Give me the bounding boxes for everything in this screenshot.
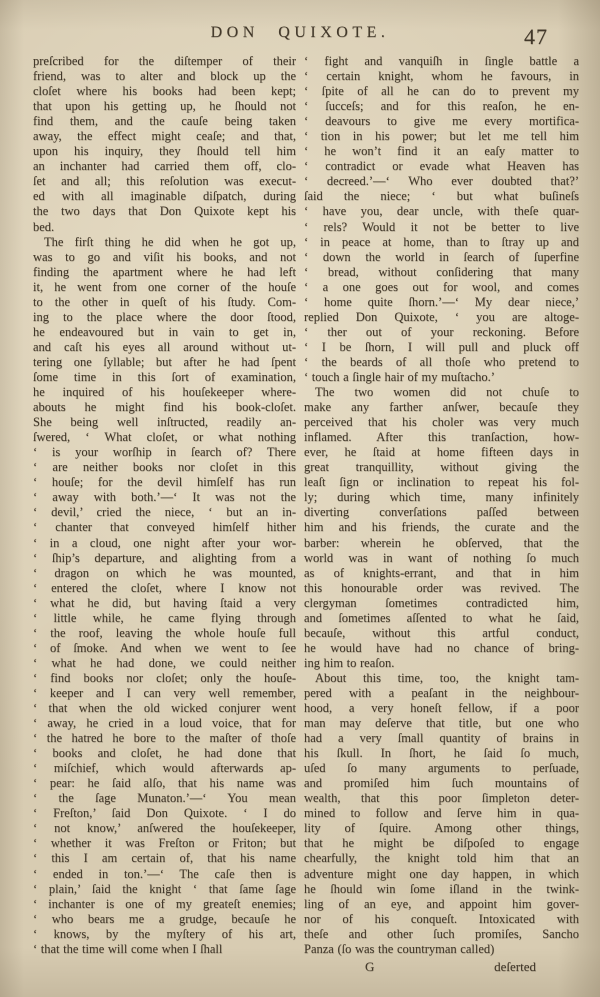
text-line: ‘ certain knight, whom he favours, in	[304, 69, 579, 84]
text-line: ‘ that the time will come when I ſhall	[33, 942, 296, 957]
text-line: ‘ plain,’ ſaid the knight ‘ that ſame ſa…	[33, 882, 296, 897]
text-line: ‘ touch a ſingle hair of my muſtacho.’	[304, 370, 579, 385]
text-line: chearfully, the knight told him that an	[304, 851, 579, 866]
text-line: ‘ houſe; for the devil himſelf has run	[33, 475, 296, 490]
text-line: adventure might one day happen, in which	[304, 867, 579, 882]
text-line: ‘ a one goes out for wool, and comes	[304, 280, 579, 295]
text-line: ‘ I be ſhorn, I will pull and pluck off	[304, 340, 579, 355]
text-line: ‘ ſhip’s departure, and alighting from a	[33, 551, 296, 566]
text-line: ‘ books and cloſet, he had done that	[33, 746, 296, 761]
text-line: and ſometimes aſſented to what he ſaid,	[304, 611, 579, 626]
text-line: ing him to reaſon.	[304, 656, 579, 671]
text-line: and caſt his eyes all around without ut-	[33, 340, 296, 355]
signature-mark: G	[365, 959, 374, 975]
text-line: ‘ the ſage Munaton.’—‘ You mean	[33, 791, 296, 806]
text-line: ‘ keeper and I can very well remember,	[33, 686, 296, 701]
paragraph: About this time, too, the knight tam-per…	[304, 671, 579, 957]
text-line: ever, he ſtaid at home fifteen days in	[304, 445, 579, 460]
text-line: find them, and the cauſe being taken	[33, 114, 296, 129]
text-line: ly; during which time, many infinitely	[304, 490, 579, 505]
text-line: this honourable order was revived. The	[304, 581, 579, 596]
text-line: preſcribed for the diſtemper of their	[33, 54, 296, 69]
text-line: his ſkull. In ſhort, he ſaid ſo much,	[304, 746, 579, 761]
text-line: inflamed. After this tranſaction, how-	[304, 430, 579, 445]
text-line: ‘ have you, dear uncle, with theſe quar-	[304, 204, 579, 219]
text-line: ſaid the niece; ‘ but what buſineſs	[304, 189, 579, 204]
text-line: he inquired of his houſekeeper where-	[33, 385, 296, 400]
text-line: ‘ down the world in ſearch of ſuperfine	[304, 250, 579, 265]
text-line: ed with all imaginable diſpatch, during	[33, 189, 296, 204]
text-line: ‘ pear: he ſaid alſo, that his name was	[33, 776, 296, 791]
text-line: ‘ what he did, but having ſtaid a very	[33, 596, 296, 611]
text-line: he endeavoured but in vain to get in,	[33, 325, 296, 340]
text-columns: preſcribed for the diſtemper of theirfri…	[33, 54, 579, 957]
text-line: lity of ſquire. Among other things,	[304, 821, 579, 836]
catchword: deſerted	[494, 959, 536, 975]
text-line: ‘ of ſmoke. And when we went to ſee	[33, 641, 296, 656]
text-line: ‘ ſucceſs; and for this reaſon, he en-	[304, 99, 579, 114]
text-line: ‘ away, he cried in a loud voice, that f…	[33, 716, 296, 731]
text-line: ‘ miſchief, which would afterwards ap-	[33, 761, 296, 776]
text-line: world was in want of nothing ſo much	[304, 551, 579, 566]
text-line: ‘ he won’t find it an eaſy matter to	[304, 144, 579, 159]
text-line: clergyman ſometimes contradicted him,	[304, 596, 579, 611]
text-line: ‘ in a cloud, one night after your wor-	[33, 536, 296, 551]
text-line: ‘ what he had done, we could neither	[33, 656, 296, 671]
text-line: pered with a peaſant in the neighbour-	[304, 686, 579, 701]
text-line: mined to follow and ſerve him in qua-	[304, 806, 579, 821]
text-line: ‘ tion in his power; but let me tell him	[304, 129, 579, 144]
text-line: ‘ little while, he came flying through	[33, 611, 296, 626]
text-line: an inchanter had carried them off, clo-	[33, 159, 296, 174]
text-line: ‘ ſpite of all he can do to prevent my	[304, 84, 579, 99]
text-line: diverting converſations paſſed between	[304, 505, 579, 520]
text-line: away, the effect might ceaſe; and that,	[33, 129, 296, 144]
text-line: that he might be diſpoſed to engage	[304, 836, 579, 851]
text-line: wealth, that this poor ſimpleton deter-	[304, 791, 579, 806]
text-line: About this time, too, the knight tam-	[304, 671, 579, 686]
text-line: ling of an eye, and appoint him gover-	[304, 897, 579, 912]
paragraph: The firſt thing he did when he got up,wa…	[33, 235, 296, 957]
text-line: ‘ Freſton,’ ſaid Don Quixote. ‘ I do	[33, 806, 296, 821]
text-line: cloſet where his books had been kept;	[33, 84, 296, 99]
text-line: nor of his conqueſt. Intoxicated with	[304, 912, 579, 927]
text-line: ‘ fight and vanquiſh in ſingle battle a	[304, 54, 579, 69]
page-number: 47	[524, 24, 548, 50]
text-line: he ſhould win ſome iſland in the twink-	[304, 882, 579, 897]
text-line: ‘ the roof, leaving the whole houſe full	[33, 626, 296, 641]
text-line: theſe and other ſuch promiſes, Sancho	[304, 927, 579, 942]
text-line: had a very ſmall quantity of brains in	[304, 731, 579, 746]
text-line: ‘ contradict or evade what Heaven has	[304, 159, 579, 174]
text-line: ‘ entered the cloſet, where I know not	[33, 581, 296, 596]
left-column: preſcribed for the diſtemper of theirfri…	[33, 54, 296, 957]
text-line: ‘ that when the old wicked conjurer went	[33, 701, 296, 716]
text-line: ‘ devil,’ cried the niece, ‘ but an in-	[33, 505, 296, 520]
text-line: upon his inquiry, they ſhould tell him	[33, 144, 296, 159]
text-line: ſet and all; this reſolution was execut-	[33, 174, 296, 189]
text-line: that upon his getting up, he ſhould not	[33, 99, 296, 114]
text-line: ‘ home quite ſhorn.’—‘ My dear niece,’	[304, 295, 579, 310]
text-line: ‘ not know,’ anſwered the houſekeeper,	[33, 821, 296, 836]
text-line: ‘ dragon on which he was mounted,	[33, 566, 296, 581]
text-line: ‘ away with both.’—‘ It was not the	[33, 490, 296, 505]
text-line: ‘ rels? Would it not be better to live	[304, 220, 579, 235]
text-line: ‘ ther out of your reckoning. Before	[304, 325, 579, 340]
text-line: ‘ inchanter is one of my greateſt enemie…	[33, 897, 296, 912]
text-line: perceived that his choler was very much	[304, 415, 579, 430]
text-line: She being well inſtructed, readily an-	[33, 415, 296, 430]
text-line: it, he went from one corner of the houſe	[33, 280, 296, 295]
running-title: DON QUIXOTE.	[0, 24, 600, 42]
text-line: to the other in queſt of his ſtudy. Com-	[33, 295, 296, 310]
text-line: Panza (ſo was the countryman called)	[304, 942, 579, 957]
text-line: abouts he might find his book-cloſet.	[33, 400, 296, 415]
text-line: ‘ is your worſhip in ſearch of? There	[33, 445, 296, 460]
text-line: he would have had no chance of bring-	[304, 641, 579, 656]
text-line: finding the apartment where he had left	[33, 265, 296, 280]
text-line: ‘ the beards of all thoſe who pretend to	[304, 355, 579, 370]
text-line: The firſt thing he did when he got up,	[33, 235, 296, 250]
text-line: becauſe, without this artful conduct,	[304, 626, 579, 641]
text-line: ‘ the hatred he bore to the maſter of th…	[33, 731, 296, 746]
footer-line: G deſerted	[303, 959, 578, 975]
text-line: man may deſerve that title, but one who	[304, 716, 579, 731]
text-line: ‘ deavours to give me every mortifica-	[304, 114, 579, 129]
text-line: ‘ find books nor cloſet; only the houſe-	[33, 671, 296, 686]
text-line: ‘ who bears me a grudge, becauſe he	[33, 912, 296, 927]
text-line: ſwered, ‘ What cloſet, or what nothing	[33, 430, 296, 445]
text-line: uſed ſo many arguments to perſuade,	[304, 761, 579, 776]
text-line: the two days that Don Quixote kept his	[33, 204, 296, 219]
text-line: hood, a very honeſt fellow, if a poor	[304, 701, 579, 716]
text-line: ‘ in peace at home, than to ſtray up and	[304, 235, 579, 250]
text-line: was to go and viſit his books, and not	[33, 250, 296, 265]
text-line: bed.	[33, 220, 296, 235]
text-line: ſome time in this ſort of examination,	[33, 370, 296, 385]
text-line: barber: wherein he obſerved, that the	[304, 536, 579, 551]
text-line: tering one ſyllable; but after he had ſp…	[33, 355, 296, 370]
text-line: great tranquillity, without giving the	[304, 460, 579, 475]
text-line: him and his friends, the curate and the	[304, 520, 579, 535]
text-line: ‘ chanter that conveyed himſelf hither	[33, 520, 296, 535]
paragraph: The two women did not chuſe tomake any f…	[304, 385, 579, 671]
text-line: as of knights-errant, and that in him	[304, 566, 579, 581]
text-line: replied Don Quixote, ‘ you are altoge-	[304, 310, 579, 325]
text-line: ‘ whether it was Freſton or Friton; but	[33, 836, 296, 851]
text-line: ‘ are neither books nor cloſet in this	[33, 460, 296, 475]
text-line: and promiſed him ſuch mountains of	[304, 776, 579, 791]
book-page: DON QUIXOTE. 47 preſcribed for the diſte…	[0, 0, 600, 997]
right-column: ‘ fight and vanquiſh in ſingle battle a‘…	[304, 54, 579, 957]
paragraph: preſcribed for the diſtemper of theirfri…	[33, 54, 296, 235]
text-line: ‘ knows, by the myſtery of his art,	[33, 927, 296, 942]
text-line: friend, was to alter and block up the	[33, 69, 296, 84]
text-line: ing to the place where the door ſtood,	[33, 310, 296, 325]
text-line: make any farther anſwer, becauſe they	[304, 400, 579, 415]
text-line: ‘ bread, without conſidering that many	[304, 265, 579, 280]
text-line: ‘ this I am certain of, that his name	[33, 851, 296, 866]
text-line: ‘ ended in ton.’—‘ The caſe then is	[33, 867, 296, 882]
text-line: ‘ decreed.’—‘ Who ever doubted that?’	[304, 174, 579, 189]
text-line: leaſt ſign or inclination to repeat his …	[304, 475, 579, 490]
paragraph: ‘ fight and vanquiſh in ſingle battle a‘…	[304, 54, 579, 385]
text-line: The two women did not chuſe to	[304, 385, 579, 400]
